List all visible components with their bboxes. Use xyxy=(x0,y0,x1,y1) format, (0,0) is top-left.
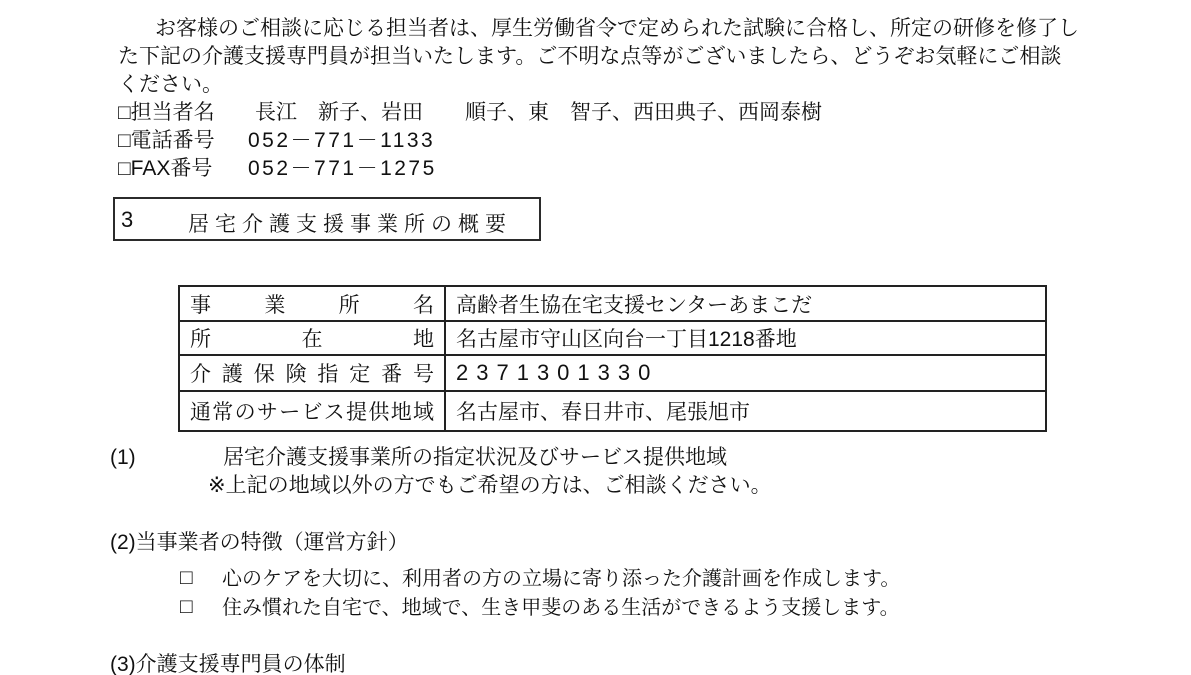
item3-heading: (3)介護支援専門員の体制 xyxy=(110,652,346,675)
insurance-number-label: 介護保険指定番号 xyxy=(179,355,445,391)
phone-number-label: □電話番号 xyxy=(118,128,215,154)
fax-number-label: □FAX番号 xyxy=(118,156,212,182)
address-label: 所在地 xyxy=(179,321,445,355)
item1-text: 居宅介護支援事業所の指定状況及びサービス提供地域 xyxy=(223,445,727,471)
item1-marker: (1) xyxy=(110,445,136,471)
office-name-value: 高齢者生協在宅支援センターあまこだ xyxy=(445,286,1046,321)
checkbox-icon: □ xyxy=(180,565,193,591)
checkbox-icon: □ xyxy=(180,594,193,620)
insurance-number-value: 2371301330 xyxy=(445,355,1046,391)
table-row-address: 所在地 名古屋市守山区向台一丁目1218番地 xyxy=(179,321,1046,355)
section3-number: 3 xyxy=(121,207,133,233)
item2-heading: (2)当事業者の特徴（運営方針） xyxy=(110,530,409,556)
office-info-table: 事業所名 高齢者生協在宅支援センターあまこだ 所在地 名古屋市守山区向台一丁目1… xyxy=(178,285,1047,432)
table-row-insurance-number: 介護保険指定番号 2371301330 xyxy=(179,355,1046,391)
table-row-office-name: 事業所名 高齢者生協在宅支援センターあまこだ xyxy=(179,286,1046,321)
item1-note: ※上記の地域以外の方でもご希望の方は、ご相談ください。 xyxy=(208,473,772,499)
section3-title: 居宅介護支援事業所の概要 xyxy=(188,208,512,238)
staff-name-value: 長江 新子、岩田 順子、東 智子、西田典子、西岡泰樹 xyxy=(255,100,822,126)
staff-name-label: □担当者名 xyxy=(118,100,215,126)
item2-point-2: 住み慣れた自宅で、地域で、生き甲斐のある生活ができるよう支援します。 xyxy=(222,595,900,621)
phone-number-value: 052－771－1133 xyxy=(248,128,435,154)
address-value: 名古屋市守山区向台一丁目1218番地 xyxy=(445,321,1046,355)
service-area-label: 通常のサービス提供地域 xyxy=(179,391,445,431)
fax-number-value: 052－771－1275 xyxy=(248,156,437,182)
intro-line-1: お客様のご相談に応じる担当者は、厚生労働省令で定められた試験に合格し、所定の研修… xyxy=(155,16,1079,42)
office-name-label: 事業所名 xyxy=(179,286,445,321)
section3-heading-box: 3 居宅介護支援事業所の概要 xyxy=(113,197,541,241)
table-row-service-area: 通常のサービス提供地域 名古屋市、春日井市、尾張旭市 xyxy=(179,391,1046,431)
intro-line-3: ください。 xyxy=(118,72,223,98)
service-area-value: 名古屋市、春日井市、尾張旭市 xyxy=(445,391,1046,431)
item2-point-1: 心のケアを大切に、利用者の方の立場に寄り添った介護計画を作成します。 xyxy=(222,566,900,592)
intro-line-2: た下記の介護支援専門員が担当いたします。ご不明な点等がございましたら、どうぞお気… xyxy=(118,44,1061,70)
